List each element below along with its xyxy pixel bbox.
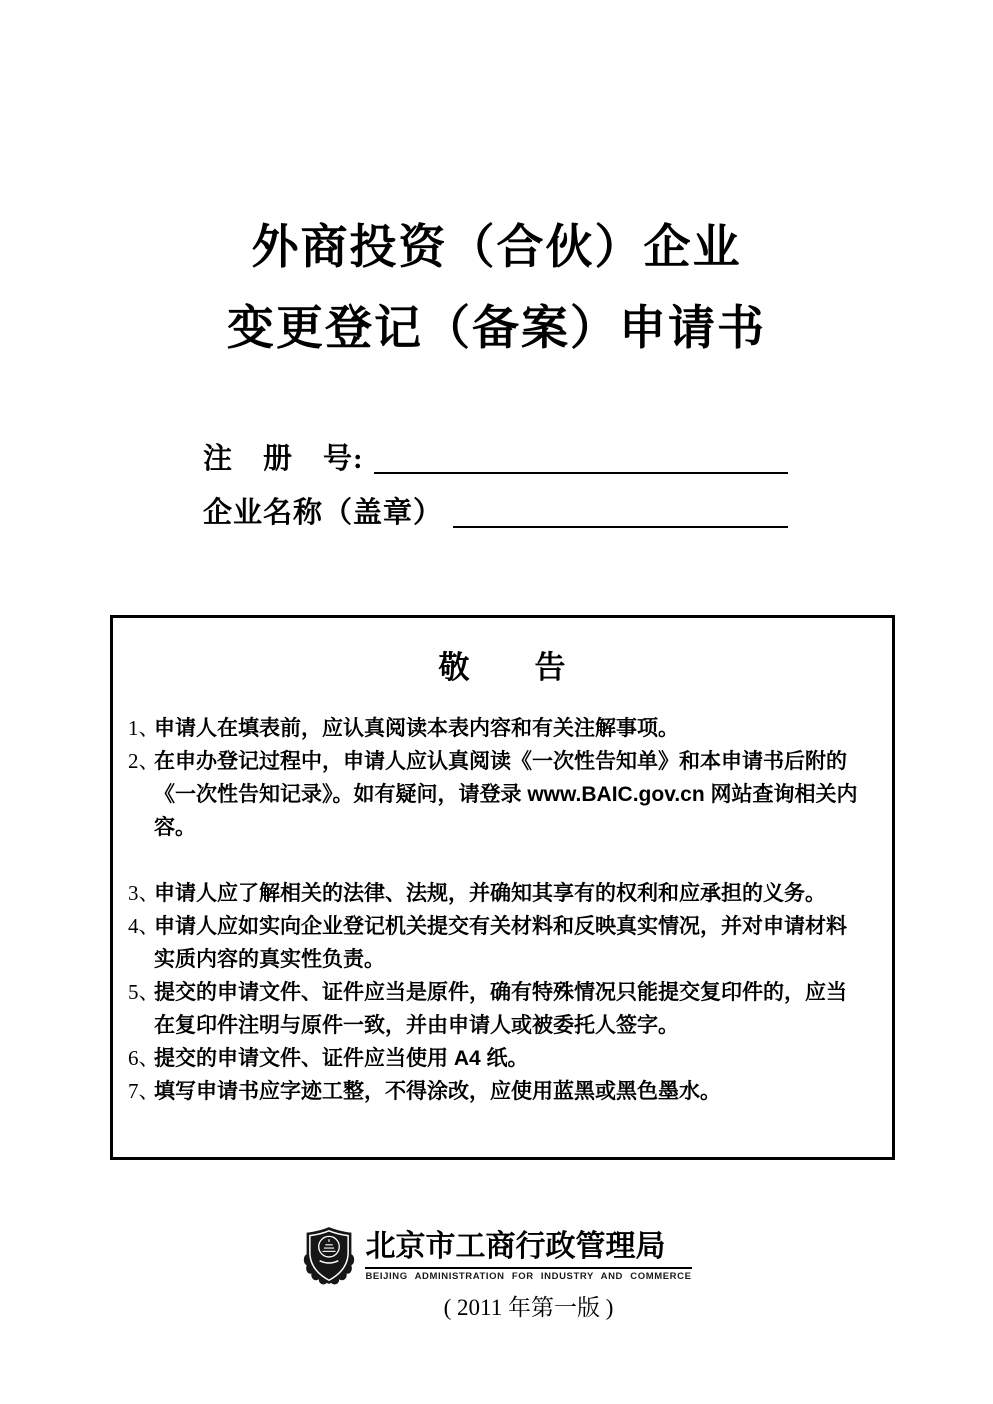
notice-items: 1、 申请人在填表前，应认真阅读本表内容和有关注解事项。 2、 在申办登记过程中… [128, 712, 859, 1108]
registration-number-row: 注 册 号: [203, 427, 788, 474]
agency-row: 北京市工商行政管理局 BEIJING ADMINISTRATION FOR IN… [301, 1226, 691, 1286]
company-name-label: 企业名称（盖章） [203, 499, 443, 528]
notice-item-6-text: 提交的申请文件、证件应当使用 A4 纸。 [154, 1042, 859, 1075]
registration-number-blank [374, 425, 788, 474]
notice-item-2: 2、 在申办登记过程中，申请人应认真阅读《一次性告知单》和本申请书后附的《一次性… [128, 745, 859, 844]
document-title: 外商投资（合伙）企业 变更登记（备案）申请书 [0, 208, 993, 370]
footer: 北京市工商行政管理局 BEIJING ADMINISTRATION FOR IN… [0, 1226, 993, 1323]
notice-item-6-number: 6、 [128, 1042, 154, 1075]
notice-item-1-number: 1、 [128, 712, 154, 745]
notice-item-7-number: 7、 [128, 1075, 154, 1108]
agency-name-chinese: 北京市工商行政管理局 [365, 1230, 691, 1269]
footer-agency-block: 北京市工商行政管理局 BEIJING ADMINISTRATION FOR IN… [301, 1226, 691, 1323]
company-name-blank [453, 479, 788, 528]
notice-item-5: 5、 提交的申请文件、证件应当是原件，确有特殊情况只能提交复印件的，应当在复印件… [128, 976, 859, 1042]
notice-heading: 敬 告 [113, 648, 892, 688]
notice-box: 敬 告 1、 申请人在填表前，应认真阅读本表内容和有关注解事项。 2、 在申办登… [110, 615, 895, 1160]
notice-item-7: 7、 填写申请书应字迹工整，不得涂改，应使用蓝黑或黑色墨水。 [128, 1075, 859, 1108]
notice-item-3-text: 申请人应了解相关的法律、法规，并确知其享有的权利和应承担的义务。 [154, 877, 859, 910]
notice-item-4-number: 4、 [128, 910, 154, 976]
agency-names: 北京市工商行政管理局 BEIJING ADMINISTRATION FOR IN… [365, 1230, 691, 1282]
edition-note: ( 2011 年第一版 ) [365, 1293, 691, 1323]
document-title-line1: 外商投资（合伙）企业 [0, 208, 993, 289]
notice-item-7-text: 填写申请书应字迹工整，不得涂改，应使用蓝黑或黑色墨水。 [154, 1075, 859, 1108]
notice-item-1-text: 申请人在填表前，应认真阅读本表内容和有关注解事项。 [154, 712, 859, 745]
document-title-line2: 变更登记（备案）申请书 [0, 289, 993, 370]
baic-badge-emblem-icon [301, 1226, 357, 1286]
notice-item-4-text: 申请人应如实向企业登记机关提交有关材料和反映真实情况，并对申请材料实质内容的真实… [154, 910, 859, 976]
agency-name-english: BEIJING ADMINISTRATION FOR INDUSTRY AND … [365, 1271, 691, 1282]
notice-item-1: 1、 申请人在填表前，应认真阅读本表内容和有关注解事项。 [128, 712, 859, 745]
header-fields: 注 册 号: 企业名称（盖章） [203, 427, 788, 535]
company-name-row: 企业名称（盖章） [203, 481, 788, 528]
registration-number-label: 注 册 号: [203, 445, 364, 474]
notice-item-3-number: 3、 [128, 877, 154, 910]
notice-item-5-number: 5、 [128, 976, 154, 1042]
notice-item-2-text: 在申办登记过程中，申请人应认真阅读《一次性告知单》和本申请书后附的《一次性告知记… [154, 745, 859, 844]
notice-item-2-number: 2、 [128, 745, 154, 844]
notice-item-3: 3、 申请人应了解相关的法律、法规，并确知其享有的权利和应承担的义务。 [128, 877, 859, 910]
notice-item-4: 4、 申请人应如实向企业登记机关提交有关材料和反映真实情况，并对申请材料实质内容… [128, 910, 859, 976]
notice-item-6: 6、 提交的申请文件、证件应当使用 A4 纸。 [128, 1042, 859, 1075]
notice-item-5-text: 提交的申请文件、证件应当是原件，确有特殊情况只能提交复印件的，应当在复印件注明与… [154, 976, 859, 1042]
